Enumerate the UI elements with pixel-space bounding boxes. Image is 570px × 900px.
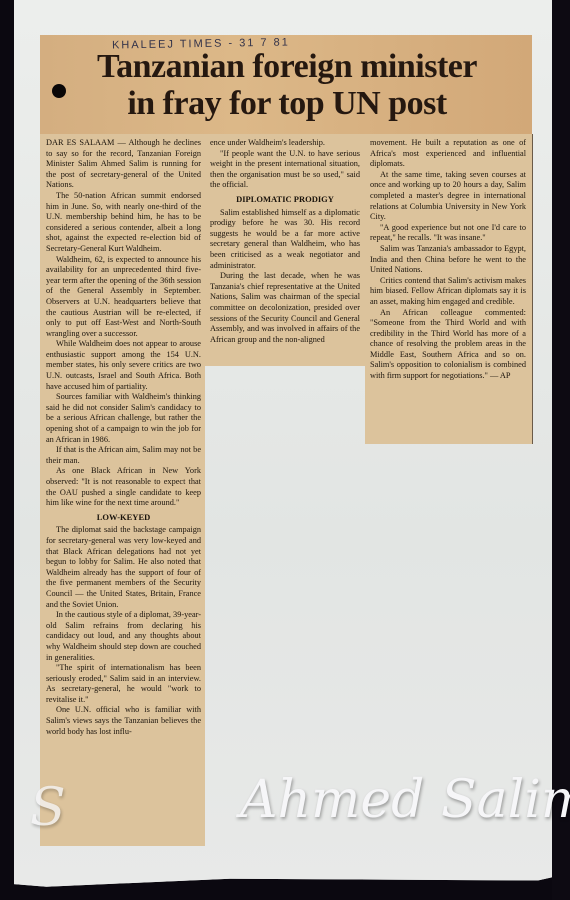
paragraph: "A good experience but not one I'd care …: [370, 223, 526, 244]
paragraph: At the same time, taking seven courses a…: [370, 170, 526, 223]
paragraph: movement. He built a reputation as one o…: [370, 138, 526, 170]
article-column-3: movement. He built a reputation as one o…: [370, 138, 526, 382]
headline-line-2: in fray for top UN post: [52, 85, 522, 122]
subhead-low-keyed: LOW-KEYED: [46, 512, 201, 523]
paragraph: As one Black African in New York observe…: [46, 466, 201, 508]
background-edge: [552, 0, 570, 900]
paragraph: Critics contend that Salim's activism ma…: [370, 276, 526, 308]
article-column-2: ence under Waldheim's leadership. "If pe…: [210, 138, 360, 345]
paragraph: DAR ES SALAAM — Although he declines to …: [46, 138, 201, 191]
paragraph: "The spirit of internationalism has been…: [46, 663, 201, 705]
paragraph: If that is the African aim, Salim may no…: [46, 445, 201, 466]
watermark-signature: Ahmed Salim: [240, 770, 570, 830]
paragraph: Sources familiar with Waldheim's thinkin…: [46, 392, 201, 445]
paragraph: During the last decade, when he was Tanz…: [210, 271, 360, 345]
paragraph: "If people want the U.N. to have serious…: [210, 149, 360, 191]
paragraph: The diplomat said the backstage campaign…: [46, 525, 201, 610]
paragraph: While Waldheim does not appear to arouse…: [46, 339, 201, 392]
paragraph: Salim was Tanzania's ambassador to Egypt…: [370, 244, 526, 276]
paragraph: Waldheim, 62, is expected to announce hi…: [46, 255, 201, 340]
signature-watermark: S Ahmed Salim: [30, 768, 560, 868]
watermark-initial: S: [30, 778, 66, 838]
paragraph: One U.N. official who is familiar with S…: [46, 705, 201, 737]
paragraph: Salim established himself as a diplomati…: [210, 208, 360, 272]
paragraph: In the cautious style of a diplomat, 39-…: [46, 610, 201, 663]
headline: Tanzanian foreign minister in fray for t…: [52, 48, 522, 122]
paragraph: An African colleague commented: "Someone…: [370, 308, 526, 382]
paragraph: The 50-nation African summit endorsed hi…: [46, 191, 201, 255]
headline-line-1: Tanzanian foreign minister: [52, 48, 522, 85]
subhead-diplomatic-prodigy: DIPLOMATIC PRODIGY: [210, 194, 360, 205]
paragraph: ence under Waldheim's leadership.: [210, 138, 360, 149]
article-column-1: DAR ES SALAAM — Although he declines to …: [46, 138, 201, 737]
